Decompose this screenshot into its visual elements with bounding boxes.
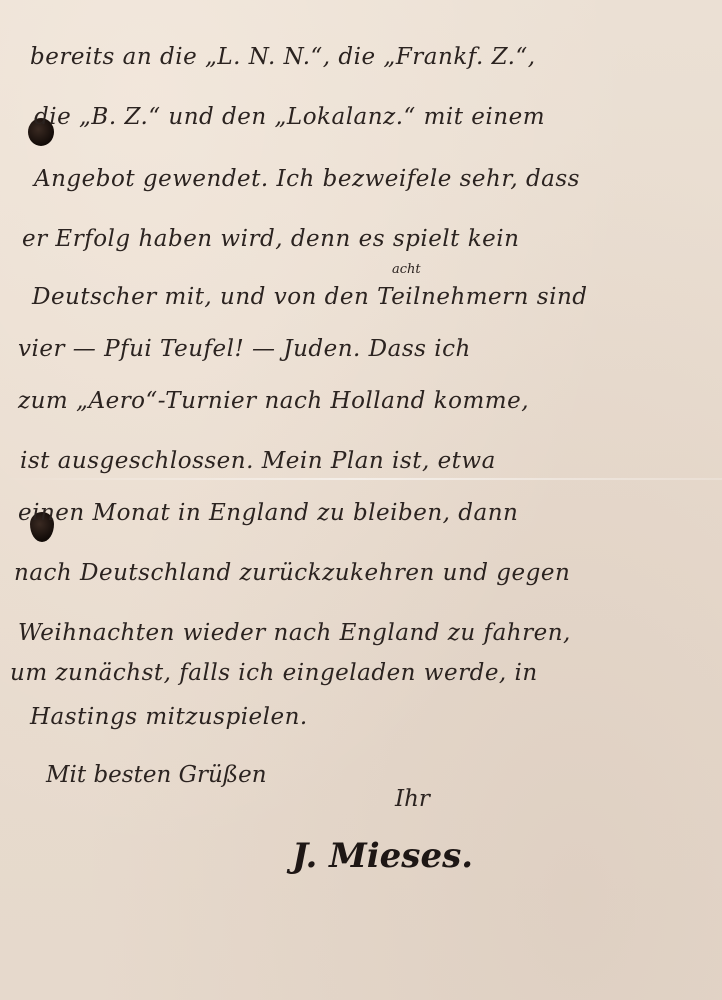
letter-line-5: Deutscher mit, und von den Teilnehmern s… <box>32 284 588 310</box>
signature: J. Mieses. <box>292 836 473 876</box>
paper-fold-line <box>0 478 722 480</box>
letter-line-13: Hastings mitzuspielen. <box>30 704 308 730</box>
letter-insertion: acht <box>392 262 421 277</box>
letter-valediction: Ihr <box>395 786 430 812</box>
letter-line-8: ist ausgeschlossen. Mein Plan ist, etwa <box>20 448 496 474</box>
letter-line-9: einen Monat in England zu bleiben, dann <box>18 500 518 526</box>
letter-line-7: zum „Aero“-Turnier nach Holland komme, <box>18 388 529 414</box>
letter-line-1: bereits an die „L. N. N.“, die „Frankf. … <box>30 44 536 70</box>
letter-line-11: Weihnachten wieder nach England zu fahre… <box>18 620 571 646</box>
letter-line-4: er Erfolg haben wird, denn es spielt kei… <box>22 226 519 252</box>
letter-line-2: die „B. Z.“ und den „Lokalanz.“ mit eine… <box>34 104 545 130</box>
letter-line-12: um zunächst, falls ich eingeladen werde,… <box>10 660 538 686</box>
letter-line-3: Angebot gewendet. Ich bezweifele sehr, d… <box>34 166 580 192</box>
letter-line-10: nach Deutschland zurückzukehren und gege… <box>14 560 570 586</box>
letter-closing: Mit besten Grüßen <box>46 762 267 788</box>
letter-line-6: vier — Pfui Teufel! — Juden. Dass ich <box>18 336 471 362</box>
